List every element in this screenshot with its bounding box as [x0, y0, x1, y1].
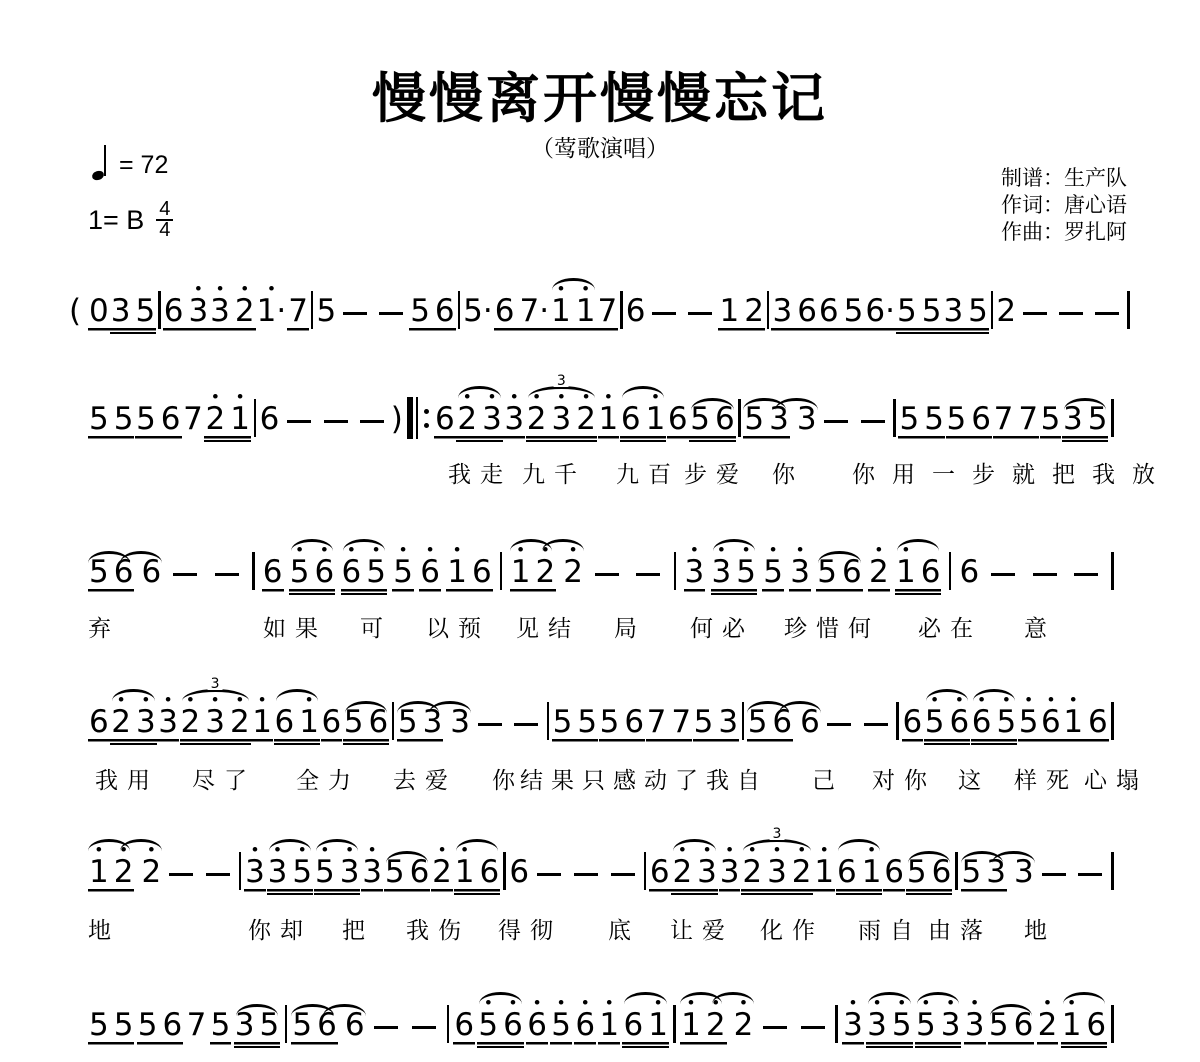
note-digit: 3: [797, 404, 817, 435]
note-group: •3•5: [267, 845, 313, 895]
note-digit: 6: [797, 296, 817, 327]
note-group: •5•6: [289, 545, 335, 595]
dash-rest: [611, 873, 635, 877]
note-digit: 5: [925, 707, 945, 738]
note-digit: 2: [744, 296, 764, 327]
note-digit: 5: [1019, 707, 1039, 738]
music-line-2: 55567•2•16)6•2•3•3•2•3•23•16•16565335556…: [88, 392, 1116, 442]
note-group: 3: [449, 707, 471, 745]
note-digit: 1: [648, 1010, 668, 1041]
note: •1: [1063, 695, 1083, 738]
note-group: 56: [689, 404, 735, 442]
dash-rest: [827, 723, 851, 727]
note-digit: 5: [89, 1010, 109, 1041]
note: 5: [1041, 404, 1061, 435]
note: •5: [292, 845, 312, 888]
note-group: •16: [1062, 695, 1108, 745]
note: •5: [925, 695, 945, 738]
note: 6: [650, 857, 670, 888]
note: •2: [1038, 998, 1058, 1041]
note-digit: 3: [965, 1010, 985, 1041]
dash-rest: [652, 312, 676, 316]
triplet-number: 3: [208, 678, 223, 690]
note-group: 5: [315, 296, 337, 334]
note-digit: 6: [315, 557, 335, 588]
lyric-segment: 我用: [95, 762, 159, 795]
barline: [767, 291, 770, 329]
note: •3: [136, 695, 156, 738]
note-group: 3: [796, 404, 818, 442]
note-digit: 3: [712, 557, 732, 588]
note-group: 6•1: [274, 695, 320, 745]
dash-rest: [537, 873, 561, 877]
note-digit: 5: [690, 404, 710, 435]
note: 6: [621, 404, 641, 435]
key-signature: 1= B 4 4: [88, 200, 173, 240]
note-digit: 2: [706, 1010, 726, 1041]
lyric-segment: 以预: [426, 610, 490, 643]
note: 1: [719, 296, 739, 327]
note-group: •3: [361, 845, 383, 895]
note-digit: 1: [1062, 1010, 1082, 1041]
note-digit: 5·: [463, 296, 493, 327]
note-digit: 3: [362, 857, 382, 888]
note-digit: 6: [626, 296, 646, 327]
note-digit: 3: [504, 404, 524, 435]
lyric-segment: 去爱: [393, 762, 457, 795]
note-digit: 6: [575, 1010, 595, 1041]
close-paren: ): [391, 404, 403, 442]
note: •2: [672, 845, 692, 888]
note-digit: 6: [1086, 1010, 1106, 1041]
note-digit: 3: [188, 296, 208, 327]
note: 5: [211, 1010, 231, 1041]
note: 6: [668, 404, 688, 435]
barline: [254, 399, 257, 437]
note-digit: 2: [235, 296, 255, 327]
dash-rest: [595, 573, 619, 577]
note: •3: [504, 392, 524, 435]
note: 3: [718, 707, 738, 738]
note-group: 6: [883, 857, 905, 895]
lyrics-line-3: 弃如果可以预见结局何必珍惜何必在意: [0, 610, 1200, 640]
note: •2: [114, 845, 134, 888]
note: 7: [183, 404, 203, 435]
note-digit: 3: [790, 557, 810, 588]
note-group: 5·: [462, 296, 494, 334]
note-digit: 6: [275, 707, 295, 738]
barline: [644, 852, 647, 890]
note-digit: 3: [986, 857, 1006, 888]
note-group: •2: [140, 845, 162, 895]
note-digit: 2: [742, 857, 762, 888]
note: •2: [432, 845, 452, 888]
note: 6: [1088, 707, 1108, 738]
note-group: 6: [434, 404, 456, 442]
note-digit: 5: [114, 1010, 134, 1041]
lyric-segment: 你却: [248, 912, 312, 945]
note-group: •2: [431, 845, 453, 895]
dash-rest: [801, 1026, 825, 1030]
note-group: 56: [409, 296, 455, 334]
note-digit: 6: [1041, 707, 1061, 738]
note-group: 56: [816, 557, 862, 595]
note: •5: [916, 998, 936, 1041]
note-group: •3: [244, 845, 266, 895]
note-digit: 6: [1014, 1010, 1034, 1041]
note: •3: [551, 392, 571, 435]
note-digit: 3: [482, 404, 502, 435]
dash-rest: [688, 312, 712, 316]
dash-rest: [173, 573, 197, 577]
note: 5: [410, 296, 430, 327]
note-group: 6: [649, 857, 671, 895]
lyric-segment: 地: [88, 912, 120, 945]
note: 5: [694, 707, 714, 738]
note-group: •6: [419, 545, 441, 595]
note: •1: [648, 998, 668, 1041]
barline: [835, 1005, 838, 1043]
barline: [738, 399, 741, 437]
note-group: •2: [562, 545, 584, 595]
note-digit: 3: [843, 1010, 863, 1041]
note: •3: [210, 284, 230, 327]
note-digit: 6: [715, 404, 735, 435]
lyric-segment: 见结: [516, 610, 580, 643]
open-paren: (: [69, 296, 81, 327]
note: 6: [495, 296, 515, 327]
note: 5: [577, 707, 597, 738]
note-digit: 3: [685, 557, 705, 588]
note-digit: 3: [136, 707, 156, 738]
note-digit: 2: [996, 296, 1016, 327]
note-group: 53: [743, 404, 789, 442]
dash-rest: [206, 873, 230, 877]
note-digit: 6: [819, 296, 839, 327]
note: 6: [472, 557, 492, 588]
barline: [158, 291, 161, 329]
note-group: •1: [813, 845, 835, 895]
lyric-segment: 把: [342, 912, 374, 945]
note-digit: 6·: [865, 296, 895, 327]
note-digit: 6: [164, 296, 184, 327]
note: 3: [769, 404, 789, 435]
note-digit: 6: [322, 707, 342, 738]
note-group: 6: [453, 1010, 475, 1048]
lyric-segment: 必在: [918, 610, 982, 643]
triplet-number: 3: [769, 828, 784, 840]
note: •3: [767, 845, 787, 888]
note-group: 53: [961, 857, 1007, 895]
note-digit: 6: [260, 404, 280, 435]
glyph: [424, 423, 429, 428]
note-group: •3•5: [866, 998, 912, 1048]
note: 5: [924, 404, 944, 435]
note-digit: 2: [576, 404, 596, 435]
note-digit: 5: [292, 1010, 312, 1041]
note-group: 53: [693, 707, 739, 745]
note-group: 5: [210, 1010, 232, 1048]
note-digit: 7: [1018, 404, 1038, 435]
note-group: •5•3: [915, 998, 961, 1048]
note-group: 6: [625, 296, 647, 334]
note-group: •1•2: [680, 998, 726, 1048]
note-digit: 5: [410, 296, 430, 327]
note-group: (0: [88, 296, 110, 334]
note: 7: [1018, 404, 1038, 435]
note-digit: 5: [136, 404, 156, 435]
note-digit: 3: [943, 296, 963, 327]
note: 6: [263, 557, 283, 588]
note: •3: [158, 695, 178, 738]
note: •2: [742, 845, 762, 888]
note: •3: [362, 845, 382, 888]
note-digit: 2: [205, 404, 225, 435]
note-group: 35: [234, 1010, 280, 1048]
note-digit: 5: [817, 557, 837, 588]
note: 5: [114, 1010, 134, 1041]
note: 6: [623, 1010, 643, 1041]
note: 6: [114, 557, 134, 588]
note-digit: 7: [288, 296, 308, 327]
note-digit: 3: [450, 707, 470, 738]
lyric-segment: 九百: [616, 456, 680, 489]
note: •3: [340, 845, 360, 888]
note-group: 6•1: [620, 392, 666, 442]
note-group: 35: [110, 296, 156, 334]
note-digit: 6: [503, 1010, 523, 1041]
barline: [547, 702, 550, 740]
note-digit: 6: [527, 1010, 547, 1041]
note: 7: [288, 296, 308, 327]
note-digit: 6: [495, 296, 515, 327]
dash-rest: [1078, 873, 1102, 877]
note-group: •16: [1061, 998, 1107, 1048]
note-digit: 6: [89, 707, 109, 738]
note: 6: [164, 296, 184, 327]
note: 6: [317, 1010, 337, 1041]
note: 6: [626, 296, 646, 327]
key-label: 1= B: [88, 205, 144, 236]
lyric-segment: 雨自: [858, 912, 922, 945]
note-group: 53: [397, 707, 443, 745]
repeat-open-barline: [407, 397, 429, 439]
note: 2: [996, 296, 1016, 327]
lyric-segment: 意: [1024, 610, 1056, 643]
note-group: •2•3•23: [741, 845, 812, 895]
note: •2: [181, 695, 201, 738]
lyric-segment: 己: [812, 762, 844, 795]
dash-rest: [287, 420, 311, 424]
note-digit: 6: [800, 707, 820, 738]
note-digit: 5: [962, 857, 982, 888]
note: •1: [230, 392, 250, 435]
note-digit: 5: [744, 404, 764, 435]
lyric-segment: 尽了: [192, 762, 256, 795]
note: •2: [869, 545, 889, 588]
note: •6: [575, 998, 595, 1041]
note-group: 6: [344, 1010, 366, 1048]
tied-group: •1•2•2: [88, 845, 162, 895]
barline: [252, 552, 255, 590]
note-group: •2•3•23: [180, 695, 251, 745]
note: •1: [299, 695, 319, 738]
note-digit: 5: [259, 1010, 279, 1041]
note-group: 2: [995, 296, 1017, 334]
note-digit: 5: [577, 707, 597, 738]
note: •1: [511, 545, 531, 588]
note-digit: 5: [924, 404, 944, 435]
lyric-segment: 底: [608, 912, 640, 945]
note: 5: [962, 857, 982, 888]
note-group: •3•2: [209, 284, 255, 334]
note-digit: 3: [1014, 857, 1034, 888]
tied-group: 566: [747, 707, 821, 745]
note-digit: 1: [814, 857, 834, 888]
note-digit: 5: [748, 707, 768, 738]
barline: [311, 291, 314, 329]
note-digit: 6: [317, 1010, 337, 1041]
note: •3: [843, 998, 863, 1041]
note-digit: 2: [457, 404, 477, 435]
dash-rest: [864, 723, 888, 727]
note-group: 7: [597, 296, 619, 334]
note-group: 6•1: [622, 998, 668, 1048]
dash-rest: [514, 723, 538, 727]
note-group: 56: [988, 1010, 1034, 1048]
note: 6: [260, 404, 280, 435]
page-title: 慢慢离开慢慢忘记: [0, 56, 1200, 133]
note-digit: 3: [340, 857, 360, 888]
note-digit: 2: [111, 707, 131, 738]
note: 6: [369, 707, 389, 738]
note-digit: 3: [111, 296, 131, 327]
note-digit: 6: [884, 857, 904, 888]
quarter-note-icon: [92, 144, 107, 180]
tied-group: 533: [397, 707, 471, 745]
dash-rest: [824, 420, 848, 424]
note: 6: [345, 1010, 365, 1041]
note-digit: 7: [647, 707, 667, 738]
lyric-segment: 这: [958, 762, 990, 795]
note-digit: 6: [435, 404, 455, 435]
note-digit: 5: [947, 404, 967, 435]
note-digit: 5: [997, 707, 1017, 738]
lyrics-line-2: 我走九千九百步爱你你用一步就把我放: [0, 456, 1200, 486]
note-digit: 2: [181, 707, 201, 738]
tied-group: 566: [291, 1010, 365, 1048]
note: 7·: [519, 296, 549, 327]
note-digit: 2: [527, 404, 547, 435]
lyric-segment: 由落: [928, 912, 992, 945]
note-digit: 7: [183, 404, 203, 435]
note-digit: 1: [447, 557, 467, 588]
note-digit: 5: [211, 1010, 231, 1041]
note-digit: 6: [624, 707, 644, 738]
dash-rest: [991, 573, 1015, 577]
note: •1: [447, 545, 467, 588]
note-digit: 7: [671, 707, 691, 738]
note-digit: 6: [772, 707, 792, 738]
dash-rest: [169, 873, 193, 877]
note: •5: [551, 998, 571, 1041]
note-digit: 6: [472, 557, 492, 588]
tied-group: •1•2•2: [680, 998, 754, 1048]
music-line-5: •1•2•2•3•3•5•5•3•356•2•1666•2•3•3•2•3•23…: [88, 845, 1116, 895]
note-digit: 2: [114, 857, 134, 888]
note-group: 67·: [494, 296, 550, 334]
dash-rest: [343, 312, 367, 316]
note-digit: 3: [697, 857, 717, 888]
note-digit: 5: [763, 557, 783, 588]
triplet-number: 3: [554, 375, 569, 387]
note-group: 36: [771, 296, 817, 334]
note: 6: [800, 707, 820, 738]
note: •1: [1062, 998, 1082, 1041]
note: 5: [135, 296, 155, 327]
note-group: 35: [1062, 404, 1108, 442]
note: 6: [959, 557, 979, 588]
note: 5: [899, 404, 919, 435]
note-digit: 1: [299, 707, 319, 738]
note: 6: [163, 1010, 183, 1041]
note-digit: 6: [114, 557, 134, 588]
barline: [458, 291, 461, 329]
barline: [896, 702, 899, 740]
note: •2: [230, 695, 250, 738]
note-digit: 5: [892, 1010, 912, 1041]
note-digit: 1: [511, 557, 531, 588]
tied-group: 533: [743, 404, 817, 442]
note: •6: [342, 545, 362, 588]
note-group: •6•5: [971, 695, 1017, 745]
note-digit: 6: [454, 1010, 474, 1041]
note: 2: [744, 296, 764, 327]
note-digit: 1: [896, 557, 916, 588]
dash-rest: [763, 1026, 787, 1030]
tempo-value: = 72: [119, 150, 168, 180]
note: 6: [971, 404, 991, 435]
note: •6: [1041, 695, 1061, 738]
note-digit: 7: [994, 404, 1014, 435]
note-digit: 5: [907, 857, 927, 888]
lyric-segment: 对你: [872, 762, 936, 795]
note-group: •3: [964, 998, 986, 1048]
note-digit: 5: [393, 557, 413, 588]
note: 5: [138, 1010, 158, 1041]
note: 6·: [865, 296, 895, 327]
note-digit: 6: [950, 707, 970, 738]
note: •5: [478, 998, 498, 1041]
note: •2: [111, 695, 131, 738]
note: 6: [842, 557, 862, 588]
time-signature: 4 4: [156, 200, 173, 240]
note: 6: [903, 707, 923, 738]
note-group: •5•6: [924, 695, 970, 745]
note-group: •5: [550, 998, 572, 1048]
dash-rest: [1095, 312, 1119, 316]
note: 6: [410, 857, 430, 888]
note-group: 6: [88, 707, 110, 745]
note-group: •6: [526, 998, 548, 1048]
note-group: 6: [140, 557, 162, 595]
note-group: 6: [262, 557, 284, 595]
note-digit: 3: [235, 1010, 255, 1041]
note-digit: 7: [187, 1010, 207, 1041]
note: 7: [647, 707, 667, 738]
note-digit: 5: [968, 296, 988, 327]
note: •3: [188, 284, 208, 327]
